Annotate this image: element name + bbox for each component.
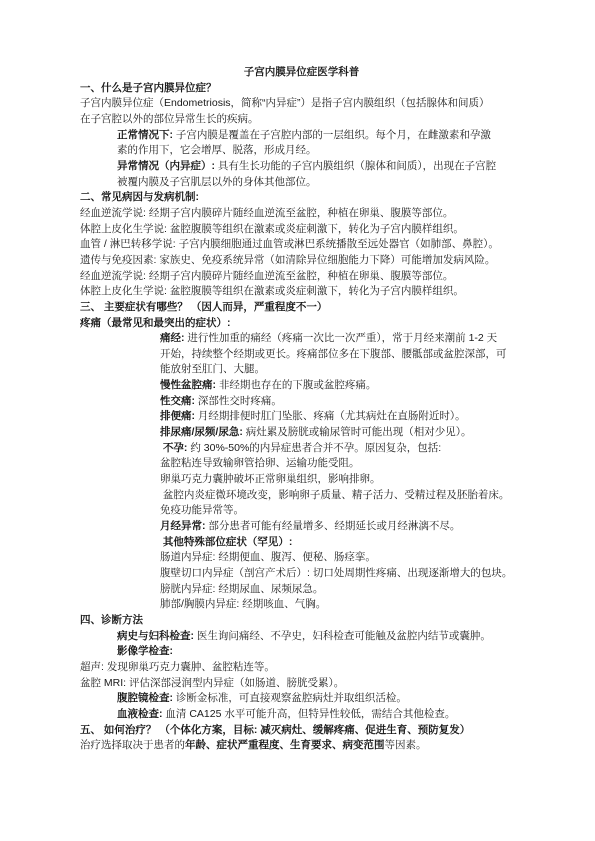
doc-line-9: 经血逆流学说: 经期子宫内膜碎片随经血逆流至盆腔，种植在卵巢、腹膜等部位。 [80, 206, 523, 222]
text-run: 子宫内膜异位症（Endometriosis，简称“内异症”）是指子宫内膜组织（包… [80, 97, 490, 109]
doc-line-38: 超声: 发现卵巢巧克力囊肿、盆腔粘连等。 [80, 660, 523, 676]
doc-line-15: 三、 主要症状有哪些？ （因人而异，严重程度不一） [80, 300, 523, 316]
text-run: 盆腔 MRI: 评估深部浸润型内异症（如肠道、膀胱受累）。 [80, 677, 344, 689]
text-run: 子宫内膜是覆盖在子宫腔内部的一层组织。每个月，在雌激素和孕激 [176, 129, 491, 141]
text-run: 腹壁切口内异症（剖宫产术后）: 切口处周期性疼痛、出现逐渐增大的包块。 [160, 567, 512, 579]
doc-line-40: 腹腔镜检查: 诊断金标准，可直接观察盆腔病灶并取组织活检。 [80, 691, 523, 707]
text-run: 在子宫腔以外的部位异常生长的疾病。 [80, 113, 259, 125]
bold-text-run: 排便痛: [160, 410, 198, 422]
bold-text-run: 一、什么是子宫内膜异位症？ [80, 82, 217, 94]
doc-line-42: 五、 如何治疗？ （个体化方案，目标: 减灭病灶、缓解疼痛、促进生育、预防复发） [80, 723, 523, 739]
doc-line-23: 排尿痛/尿频/尿急: 病灶累及膀胱或输尿管时可能出现（相对少见）。 [80, 425, 523, 441]
doc-line-34: 肺部/胸膜内异症: 经期咳血、气胸。 [80, 597, 523, 613]
text-run: 经血逆流学说: 经期子宫内膜碎片随经血逆流至盆腔，种植在卵巢、腹膜等部位。 [80, 270, 453, 282]
text-run: 盆腔粘连导致输卵管拾卵、运输功能受阻。 [160, 457, 360, 469]
text-run: 卵巢巧克力囊肿破坏正常卵巢组织，影响排卵。 [160, 473, 381, 485]
bold-text-run: 痛经: [160, 332, 187, 344]
doc-line-22: 排便痛: 月经期排便时肛门坠胀、疼痛（尤其病灶在直肠附近时）。 [80, 409, 523, 425]
doc-line-33: 膀胱内异症: 经期尿血、尿频尿急。 [80, 582, 523, 598]
bold-text-run: 异常情况（内异症）: [117, 160, 218, 172]
doc-line-24: 不孕: 约 30%-50%的内异症患者合并不孕。原因复杂，包括: [80, 441, 523, 457]
doc-line-39: 盆腔 MRI: 评估深部浸润型内异症（如肠道、膀胱受累）。 [80, 676, 523, 692]
bold-text-run: 正常情况下: [117, 129, 176, 141]
text-run: 免疫功能异常等。 [160, 504, 244, 516]
doc-line-18: 开始，持续整个经期或更长。疼痛部位多在下腹部、腰骶部或盆腔深部，可 [80, 347, 523, 363]
doc-line-43: 治疗选择取决于患者的年龄、症状严重程度、生育要求、病变范围等因素。 [80, 738, 523, 754]
text-run: 部分患者可能有经量增多、经期延长或月经淋漓不尽。 [208, 520, 460, 532]
text-run: 医生询问痛经、不孕史，妇科检查可能触及盆腔内结节或囊肿。 [197, 630, 491, 642]
text-run: 遗传与免疫因素: 家族史、免疫系统异常（如清除异位细胞能力下降）可能增加发病风险… [80, 254, 495, 266]
doc-line-30: 其他特殊部位症状（罕见）: [80, 535, 523, 551]
text-run: 月经期排便时肛门坠胀、疼痛（尤其病灶在直肠附近时）。 [198, 410, 466, 422]
doc-line-35: 四、诊断方法 [80, 613, 523, 629]
doc-line-20: 慢性盆腔痛: 非经期也存在的下腹或盆腔疼痛。 [80, 378, 523, 394]
bold-text-run: 性交痛: [160, 395, 198, 407]
text-run: 被覆内膜及子宫肌层以外的身体其他部位。 [117, 176, 317, 188]
bold-text-run: 月经异常: [160, 520, 208, 532]
text-run: 非经期也存在的下腹或盆腔疼痛。 [219, 379, 377, 391]
text-run: 治疗选择取决于患者的 [80, 739, 185, 751]
doc-line-16: 疼痛（最常见和最突出的症状）: [80, 316, 523, 332]
text-run: 肺部/胸膜内异症: 经期咳血、气胸。 [160, 598, 326, 610]
document-page: 子宫内膜异位症医学科普 一、什么是子宫内膜异位症？子宫内膜异位症（Endomet… [0, 0, 595, 841]
doc-line-4: 正常情况下: 子宫内膜是覆盖在子宫腔内部的一层组织。每个月，在雌激素和孕激 [80, 128, 523, 144]
text-run: 病灶累及膀胱或输尿管时可能出现（相对少见）。 [246, 426, 472, 438]
doc-line-5: 素的作用下，它会增厚、脱落，形成月经。 [80, 143, 523, 159]
text-run: 超声: 发现卵巢巧克力囊肿、盆腔粘连等。 [80, 661, 275, 673]
doc-line-37: 影像学检查: [80, 644, 523, 660]
text-run: 血清 CA125 水平可能升高，但特异性较低，需结合其他检查。 [165, 708, 455, 720]
doc-line-2: 子宫内膜异位症（Endometriosis，简称“内异症”）是指子宫内膜组织（包… [80, 96, 523, 112]
bold-text-run: 影像学检查: [117, 645, 173, 657]
doc-line-6: 异常情况（内异症）: 具有生长功能的子宫内膜组织（腺体和间质），出现在子宫腔 [80, 159, 523, 175]
text-run: 能放射至肛门、大腿。 [160, 363, 265, 375]
bold-text-run: 五、 如何治疗？ （个体化方案，目标: 减灭病灶、缓解疼痛、促进生育、预防复发） [80, 724, 470, 736]
doc-line-36: 病史与妇科检查: 医生询问痛经、不孕史，妇科检查可能触及盆腔内结节或囊肿。 [80, 629, 523, 645]
bold-text-run: 三、 主要症状有哪些？ （因人而异，严重程度不一） [80, 301, 327, 313]
text-run: 深部性交时疼痛。 [198, 395, 282, 407]
doc-line-12: 遗传与免疫因素: 家族史、免疫系统异常（如清除异位细胞能力下降）可能增加发病风险… [80, 253, 523, 269]
doc-line-29: 月经异常: 部分患者可能有经量增多、经期延长或月经淋漓不尽。 [80, 519, 523, 535]
bold-text-run: 年龄、症状严重程度、生育要求、病变范围 [185, 739, 385, 751]
bold-text-run: 四、诊断方法 [80, 614, 143, 626]
doc-line-8: 二、常见病因与发病机制: [80, 190, 523, 206]
doc-line-31: 肠道内异症: 经期便血、腹泻、便秘、肠痉挛。 [80, 550, 523, 566]
doc-line-27: 盆腔内炎症微环境改变，影响卵子质量、精子活力、受精过程及胚胎着床。 [80, 488, 523, 504]
doc-line-11: 血管 / 淋巴转移学说: 子宫内膜细胞通过血管或淋巴系统播散至远处器官（如肺部、… [80, 237, 523, 253]
text-run: 肠道内异症: 经期便血、腹泻、便秘、肠痉挛。 [160, 551, 376, 563]
text-run: 约 30%-50%的内异症患者合并不孕。原因复杂，包括: [190, 442, 441, 454]
text-run: 体腔上皮化生学说: 盆腔腹膜等组织在激素或炎症刺激下，转化为子宫内膜样组织。 [80, 285, 464, 297]
text-run: 素的作用下，它会增厚、脱落，形成月经。 [117, 144, 317, 156]
doc-line-25: 盆腔粘连导致输卵管拾卵、运输功能受阻。 [80, 456, 523, 472]
doc-line-21: 性交痛: 深部性交时疼痛。 [80, 394, 523, 410]
doc-line-3: 在子宫腔以外的部位异常生长的疾病。 [80, 112, 523, 128]
bold-text-run: 排尿痛/尿频/尿急: [160, 426, 246, 438]
text-run: 进行性加重的痛经（疼痛一次比一次严重），常于月经来潮前 1-2 天 [187, 332, 497, 344]
text-run: 血管 / 淋巴转移学说: 子宫内膜细胞通过血管或淋巴系统播散至远处器官（如肺部、… [80, 238, 499, 250]
doc-line-1: 一、什么是子宫内膜异位症？ [80, 81, 523, 97]
doc-line-10: 体腔上皮化生学说: 盆腔腹膜等组织在激素或炎症刺激下，转化为子宫内膜样组织。 [80, 222, 523, 238]
bold-text-run: 腹腔镜检查: [117, 692, 176, 704]
text-run: 体腔上皮化生学说: 盆腔腹膜等组织在激素或炎症刺激下，转化为子宫内膜样组织。 [80, 223, 464, 235]
page-title: 子宫内膜异位症医学科普 [80, 65, 523, 81]
doc-body: 一、什么是子宫内膜异位症？子宫内膜异位症（Endometriosis，简称“内异… [80, 81, 523, 754]
text-run: 等因素。 [385, 739, 427, 751]
document-content: 子宫内膜异位症医学科普 一、什么是子宫内膜异位症？子宫内膜异位症（Endomet… [0, 0, 595, 754]
bold-text-run: 疼痛（最常见和最突出的症状）: [80, 317, 231, 329]
bold-text-run: 不孕: [160, 442, 190, 454]
text-run: 开始，持续整个经期或更长。疼痛部位多在下腹部、腰骶部或盆腔深部，可 [160, 348, 507, 360]
bold-text-run: 二、常见病因与发病机制: [80, 191, 199, 203]
doc-line-26: 卵巢巧克力囊肿破坏正常卵巢组织，影响排卵。 [80, 472, 523, 488]
doc-line-41: 血液检查: 血清 CA125 水平可能升高，但特异性较低，需结合其他检查。 [80, 707, 523, 723]
doc-line-13: 经血逆流学说: 经期子宫内膜碎片随经血逆流至盆腔，种植在卵巢、腹膜等部位。 [80, 269, 523, 285]
doc-line-32: 腹壁切口内异症（剖宫产术后）: 切口处周期性疼痛、出现逐渐增大的包块。 [80, 566, 523, 582]
text-run: 经血逆流学说: 经期子宫内膜碎片随经血逆流至盆腔，种植在卵巢、腹膜等部位。 [80, 207, 453, 219]
bold-text-run: 其他特殊部位症状（罕见）: [160, 536, 292, 548]
bold-text-run: 血液检查: [117, 708, 165, 720]
text-run: 膀胱内异症: 经期尿血、尿频尿急。 [160, 583, 323, 595]
bold-text-run: 病史与妇科检查: [117, 630, 197, 642]
text-run: 诊断金标准，可直接观察盆腔病灶并取组织活检。 [176, 692, 407, 704]
text-run: 盆腔内炎症微环境改变，影响卵子质量、精子活力、受精过程及胚胎着床。 [160, 489, 509, 501]
doc-line-19: 能放射至肛门、大腿。 [80, 362, 523, 378]
text-run: 具有生长功能的子宫内膜组织（腺体和间质），出现在子宫腔 [218, 160, 496, 172]
doc-line-28: 免疫功能异常等。 [80, 503, 523, 519]
doc-line-14: 体腔上皮化生学说: 盆腔腹膜等组织在激素或炎症刺激下，转化为子宫内膜样组织。 [80, 284, 523, 300]
doc-line-17: 痛经: 进行性加重的痛经（疼痛一次比一次严重），常于月经来潮前 1-2 天 [80, 331, 523, 347]
bold-text-run: 慢性盆腔痛: [160, 379, 219, 391]
doc-line-7: 被覆内膜及子宫肌层以外的身体其他部位。 [80, 175, 523, 191]
